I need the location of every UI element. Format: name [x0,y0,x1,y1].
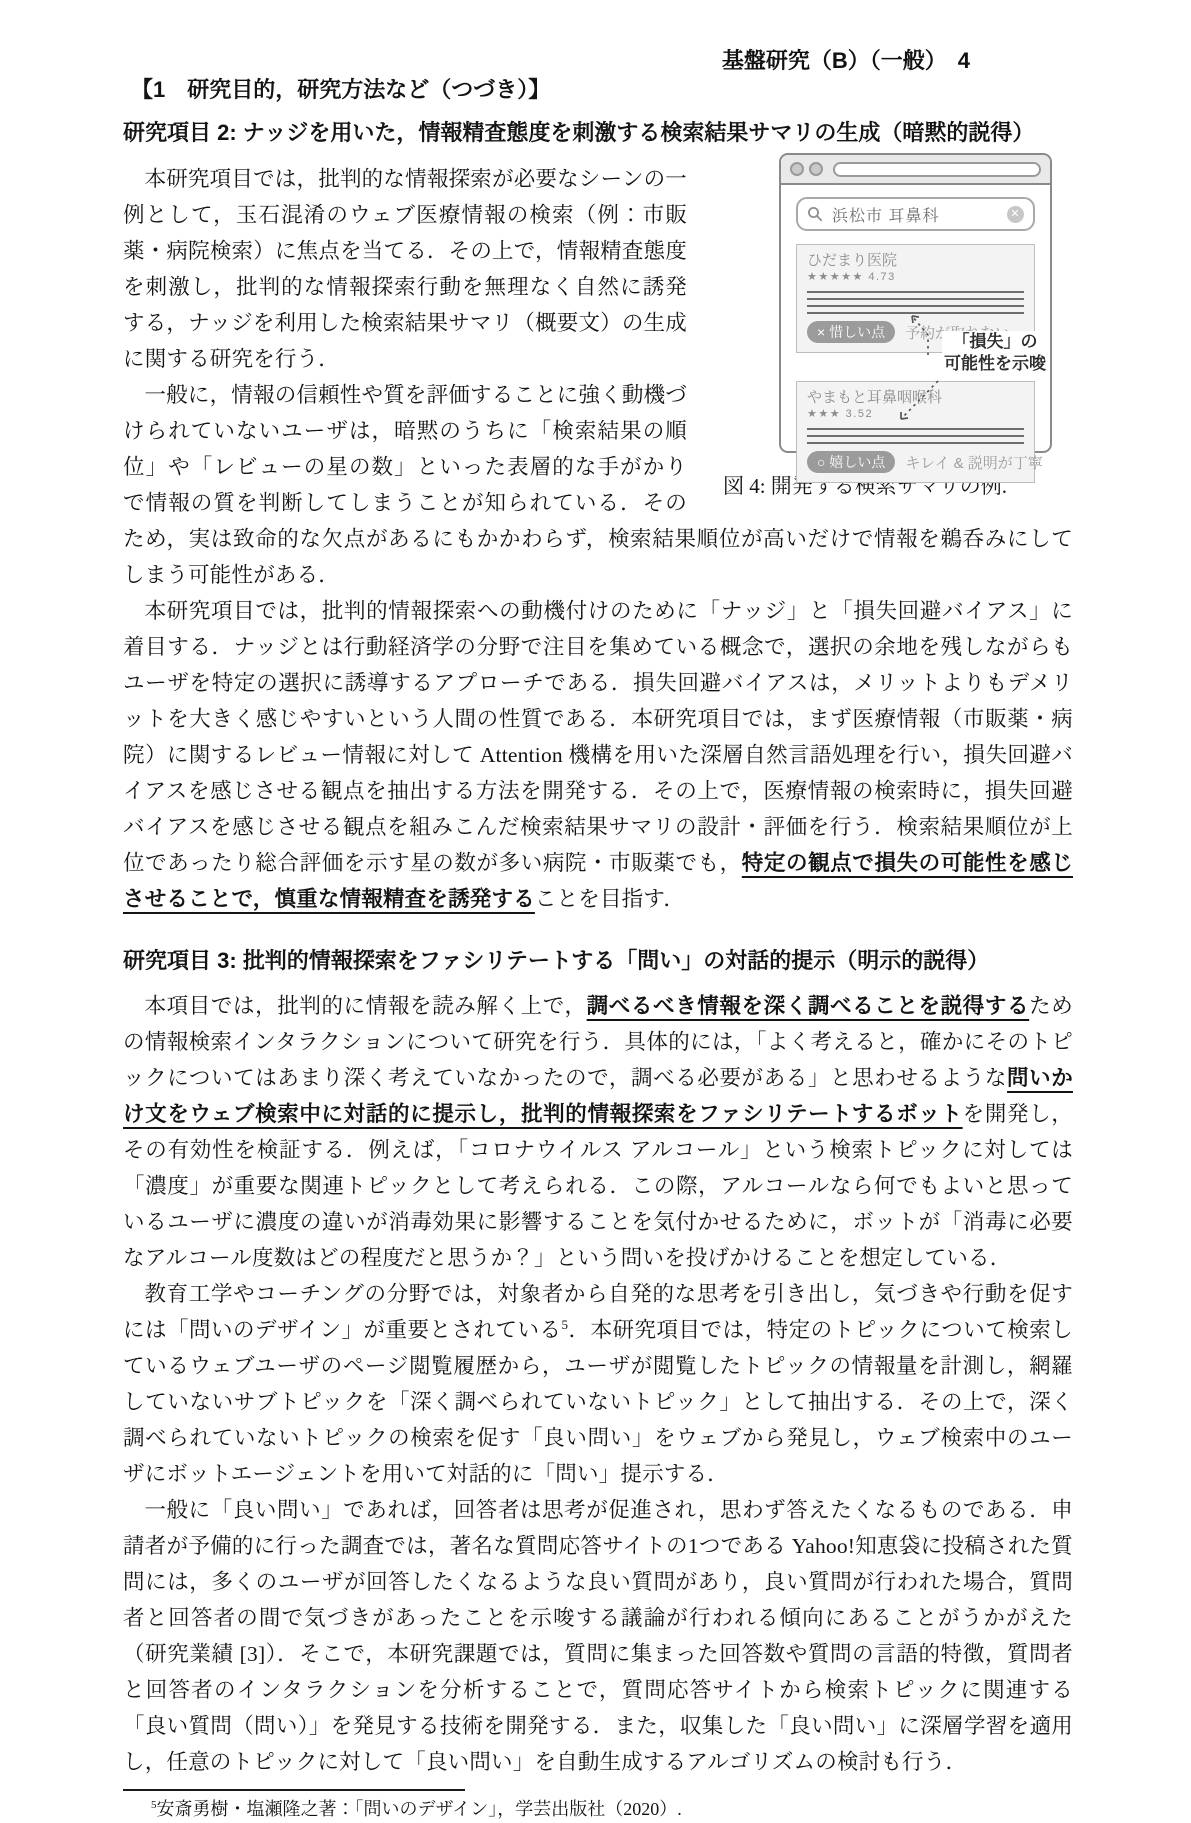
browser-titlebar [781,155,1050,185]
section3-body: 本項目では，批判的に情報を読み解く上で，調べるべき情報を深く調べることを説得する… [123,988,1073,1780]
section2-body: 浜松市 耳鼻科 ✕ ひだまり医院 ★★★★★ 4.73 × 惜しい点 [123,161,1073,917]
window-button-icon [809,162,823,176]
window-button-icon [790,162,804,176]
rating-stars: ★★★★★ 4.73 [807,270,1024,284]
loss-annotation: 「損失」の 可能性を示唆 [942,331,1048,375]
search-query-text: 浜松市 耳鼻科 [832,203,939,226]
footnote: 5安斎勇樹・塩瀬隆之著：「問いのデザイン」，学芸出版社（2020）. [123,1789,1073,1823]
search-result-card: やまもと耳鼻咽喉科 ★★★ 3.52 ○ 嬉しい点 キレイ & 説明が丁寧 [796,381,1035,483]
browser-mockup: 浜松市 耳鼻科 ✕ ひだまり医院 ★★★★★ 4.73 × 惜しい点 [779,153,1052,453]
placeholder-line [807,305,1024,307]
browser-content: 浜松市 耳鼻科 ✕ ひだまり医院 ★★★★★ 4.73 × 惜しい点 [781,185,1050,451]
footnote-text: 5安斎勇樹・塩瀬隆之著：「問いのデザイン」，学芸出版社（2020）. [123,1796,1073,1823]
research-item-3-heading: 研究項目 3: 批判的情報探索をファシリテートする「問い」の対話的提示（明示的説… [123,947,1073,974]
research-item-2-heading: 研究項目 2: ナッジを用いた，情報精査態度を刺激する検索結果サマリの生成（暗黙… [123,119,1073,146]
paragraph: 一般に「良い問い」であれば，回答者は思考が促進され，思わず答えたくなるものである… [123,1492,1073,1780]
result-title: やまもと耳鼻咽喉科 [807,389,1024,407]
paragraph: 本項目では，批判的に情報を読み解く上で，調べるべき情報を深く調べることを説得する… [123,988,1073,1276]
rating-stars: ★★★ 3.52 [807,407,1024,421]
url-bar [833,162,1041,177]
x-mark-icon: × [817,324,825,340]
placeholder-line [807,312,1024,314]
paragraph: 本研究項目では，批判的情報探索への動機付けのために「ナッジ」と「損失回避バイアス… [123,593,1073,917]
praise-badge: ○ 嬉しい点 [807,451,895,473]
placeholder-line [807,298,1024,300]
result-title: ひだまり医院 [807,252,1024,270]
figure-4: 浜松市 耳鼻科 ✕ ひだまり医院 ★★★★★ 4.73 × 惜しい点 [709,153,1073,500]
circle-mark-icon: ○ [817,454,825,470]
placeholder-line [807,291,1024,293]
praise-badge-row: ○ 嬉しい点 キレイ & 説明が丁寧 [807,451,1024,473]
section-continuation-header: 【1 研究目的，研究方法など（つづき）】 [131,77,1073,103]
loss-badge: × 惜しい点 [807,321,895,343]
praise-note: キレイ & 説明が丁寧 [905,452,1042,473]
search-input: 浜松市 耳鼻科 ✕ [796,197,1035,231]
search-icon [807,206,823,222]
placeholder-line [807,442,1024,444]
document-page: 基盤研究（B）（一般） 4 【1 研究目的，研究方法など（つづき）】 研究項目 … [0,0,1191,1823]
footnote-rule [123,1789,465,1791]
page-header: 基盤研究（B）（一般） 4 [123,48,1073,74]
placeholder-line [807,435,1024,437]
clear-icon: ✕ [1007,206,1024,223]
paragraph: 教育工学やコーチングの分野では，対象者から自発的な思考を引き出し，気づきや行動を… [123,1276,1073,1492]
placeholder-line [807,428,1024,430]
